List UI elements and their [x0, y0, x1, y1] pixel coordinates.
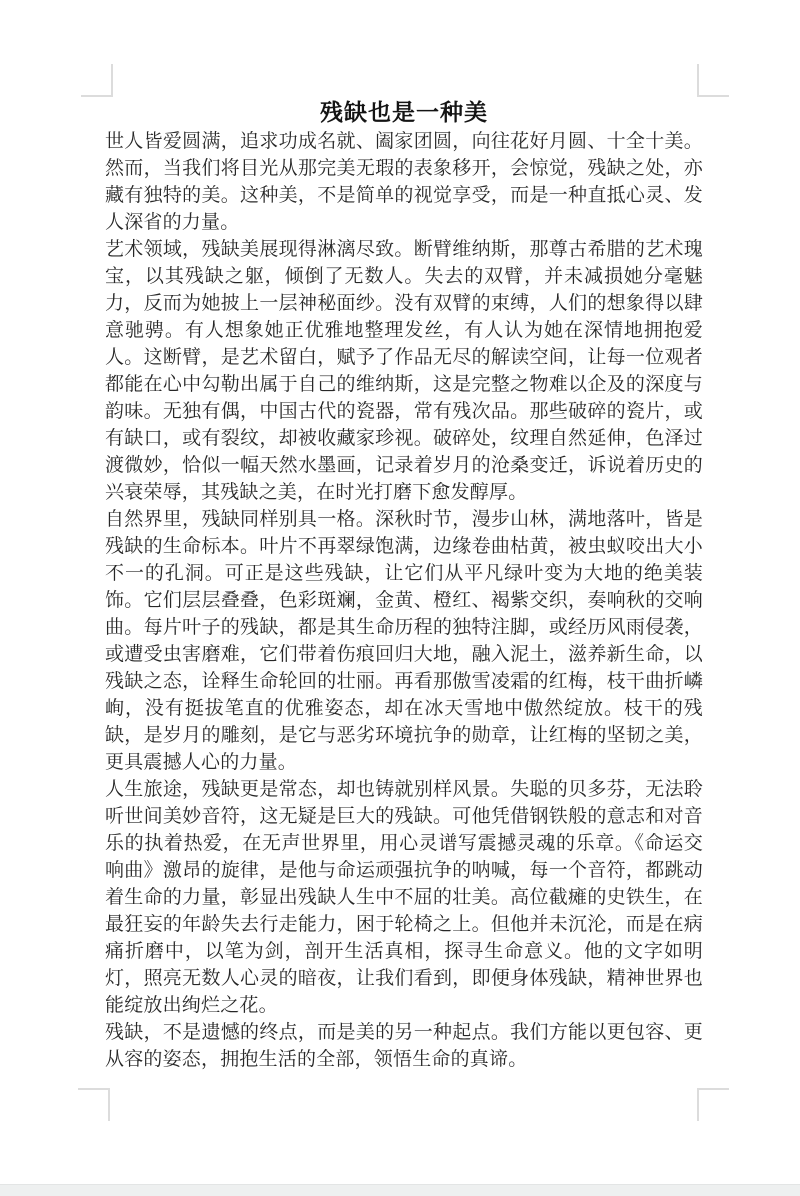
text-boundary-mark-top-right: [697, 64, 729, 97]
page-bottom-gap: [0, 1184, 800, 1196]
paragraph-2: 艺术领域，残缺美展现得淋漓尽致。断臂维纳斯，那尊古希腊的艺术瑰宝，以其残缺之躯，…: [105, 236, 703, 506]
document-page: 残缺也是一种美 世人皆爱圆满，追求功成名就、阖家团圆，向往花好月圆、十全十美。然…: [0, 0, 800, 1184]
text-boundary-mark-bottom-right: [697, 1088, 729, 1121]
paragraph-1: 世人皆爱圆满，追求功成名就、阖家团圆，向往花好月圆、十全十美。然而，当我们将目光…: [105, 128, 703, 236]
paragraph-5: 残缺，不是遗憾的终点，而是美的另一种起点。我们方能以更包容、更从容的姿态，拥抱生…: [105, 1019, 703, 1073]
paragraph-4: 人生旅途，残缺更是常态，却也铸就别样风景。失聪的贝多芬，无法聆听世间美妙音符，这…: [105, 776, 703, 1019]
text-boundary-mark-top-left: [81, 64, 113, 97]
document-viewport: 残缺也是一种美 世人皆爱圆满，追求功成名就、阖家团圆，向往花好月圆、十全十美。然…: [0, 0, 800, 1196]
document-text-area: 残缺也是一种美 世人皆爱圆满，追求功成名就、阖家团圆，向往花好月圆、十全十美。然…: [105, 96, 703, 1073]
document-title: 残缺也是一种美: [105, 96, 703, 128]
paragraph-3: 自然界里，残缺同样别具一格。深秋时节，漫步山林，满地落叶，皆是残缺的生命标本。叶…: [105, 506, 703, 776]
text-boundary-mark-bottom-left: [78, 1088, 110, 1121]
